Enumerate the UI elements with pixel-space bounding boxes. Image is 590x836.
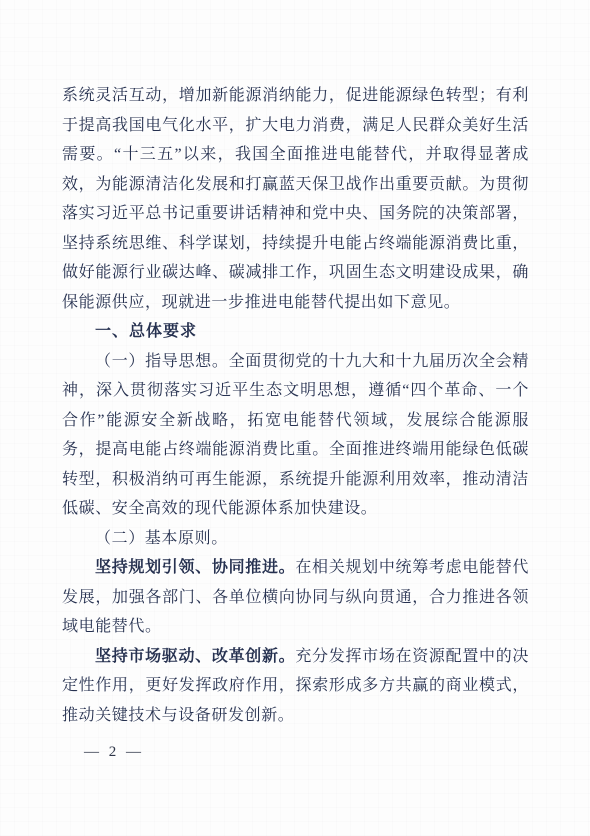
paragraph-guiding-ideology: （一）指导思想。全面贯彻党的十九大和十九届历次全会精神，深入贯彻落实习近平生态文… — [62, 347, 529, 524]
principle-market-lead: 坚持市场驱动、改革创新。 — [95, 648, 295, 665]
paragraph-basic-principles-heading: （二）基本原则。 — [62, 524, 529, 554]
scanned-document-page: 系统灵活互动，增加新能源消纳能力，促进能源绿色转型；有利于提高我国电气化水平，扩… — [0, 0, 590, 836]
document-body: 系统灵活互动，增加新能源消纳能力，促进能源绿色转型；有利于提高我国电气化水平，扩… — [62, 81, 529, 730]
paragraph-intro-continuation: 系统灵活互动，增加新能源消纳能力，促进能源绿色转型；有利于提高我国电气化水平，扩… — [62, 81, 529, 317]
section-heading-overall-requirements: 一、总体要求 — [62, 317, 529, 347]
paragraph-principle-market: 坚持市场驱动、改革创新。充分发挥市场在资源配置中的决定性作用，更好发挥政府作用，… — [62, 642, 529, 731]
principle-planning-lead: 坚持规划引领、协同推进。 — [95, 559, 295, 576]
paragraph-principle-planning: 坚持规划引领、协同推进。在相关规划中统筹考虑电能替代发展，加强各部门、各单位横向… — [62, 553, 529, 642]
page-number: — 2 — — [84, 744, 144, 761]
